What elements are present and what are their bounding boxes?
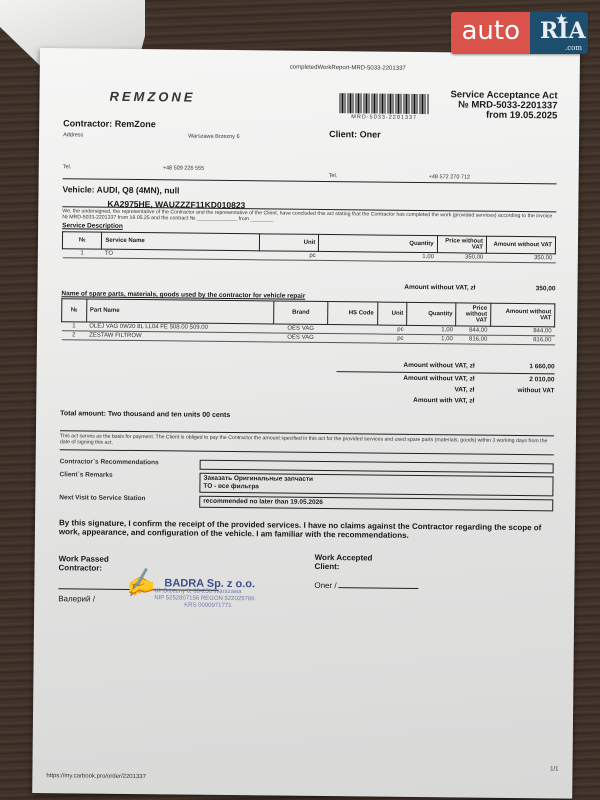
report-reference: completedWorkReport-MRD-5033-2201337 xyxy=(290,65,406,72)
client-signature-field: Oner / xyxy=(314,581,419,591)
star-icon: ★ xyxy=(556,12,567,26)
client-tel: Tel.+48 572 270 712 xyxy=(329,173,338,179)
client: Client: Oner xyxy=(329,129,381,140)
autoria-watermark-logo: auto ★ RIA .com xyxy=(451,12,588,54)
parts-table: № Part Name Brand HS Code Unit Quantity … xyxy=(61,298,555,345)
vehicle-model: AUDI, Q8 (4MN), null xyxy=(97,185,180,196)
handwritten-signature-icon: ✍ xyxy=(121,566,157,601)
barcode-text: MRD-5033-2201337 xyxy=(351,114,417,121)
work-passed-label: Work Passed Contractor: xyxy=(59,554,109,573)
act-date: from 19.05.2025 xyxy=(450,110,557,121)
services-subtotal: Amount without VAT, zł350,00 xyxy=(404,284,555,293)
parts-subtotal: Amount without VAT, zł1 660,00 xyxy=(403,362,554,371)
recommendations: Contractor`s Recommendations Client`s Re… xyxy=(59,458,554,514)
services-title: Service Description xyxy=(62,222,123,230)
contractor-tel: Tel.+48 509 226 555 xyxy=(63,164,72,170)
next-visit: Next Visit to Service Station recommende… xyxy=(59,494,553,511)
payment-terms: This act serves as the basis for payment… xyxy=(60,430,554,455)
contractor: Contractor: RemZone xyxy=(63,118,156,129)
remzone-logo: REMZONE xyxy=(109,89,195,105)
work-accepted-label: Work Accepted Client: xyxy=(315,553,373,572)
grand-total: Amount without VAT, zł2 010,00 xyxy=(403,375,554,384)
footer-url: https://my.carbook.pro/order/2201337 xyxy=(46,773,146,780)
confirmation-statement: By this signature, I confirm the receipt… xyxy=(59,518,553,541)
service-acceptance-document: completedWorkReport-MRD-5033-2201337 REM… xyxy=(32,48,580,799)
act-title-block: Service Acceptance Act № MRD-5033-220133… xyxy=(450,90,557,121)
contractor-address: AddressWarszawa Brzezny 6 xyxy=(63,132,83,138)
divider xyxy=(337,371,555,374)
services-table: № Service Name Unit Quantity Price witho… xyxy=(62,231,556,263)
contractor-name: RemZone xyxy=(115,119,156,129)
client-remarks: Client`s Remarks Заказать Оригинальные з… xyxy=(59,471,553,496)
page-number: 1/1 xyxy=(550,766,558,772)
amount-with-vat: Amount with VAT, zł xyxy=(413,397,554,405)
client-name: Oner xyxy=(360,129,381,139)
vat-row: VAT, złwithout VAT xyxy=(454,386,554,394)
company-stamp: BADRA Sp. z o.o. Ul. Brzezny 6, 03-256 W… xyxy=(154,579,255,610)
contractor-signer: Валерий / xyxy=(58,594,95,603)
total-in-words: Total amount: Two thousand and ten units… xyxy=(60,410,230,419)
barcode-icon xyxy=(339,93,429,114)
